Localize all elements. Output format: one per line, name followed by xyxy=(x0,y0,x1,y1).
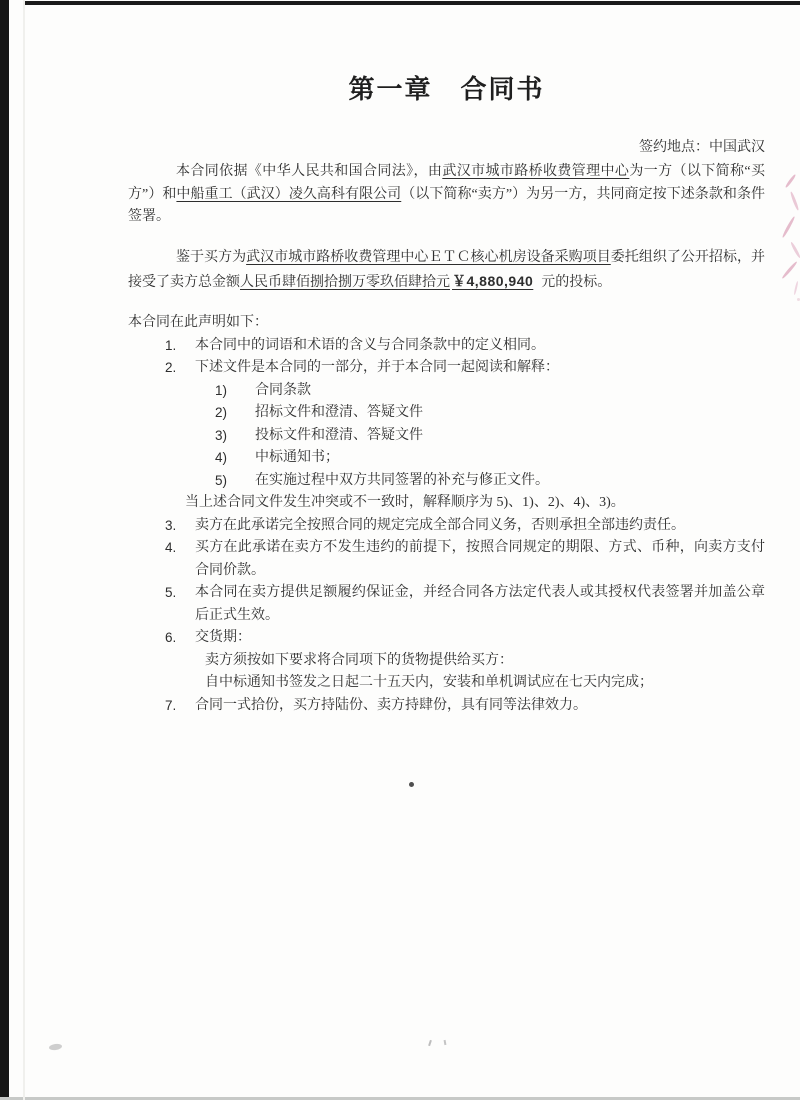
item-number: 2. xyxy=(165,357,176,380)
subitem-number: 5) xyxy=(215,470,227,493)
amount-in-words: 人民币肆佰捌拾捌万零玖佰肆拾元 xyxy=(240,275,450,290)
subitem-text: 合同条款 xyxy=(255,383,311,398)
item-number: 7. xyxy=(165,695,176,718)
ink-speck xyxy=(444,1040,447,1045)
ink-dot xyxy=(409,782,414,787)
delivery-requirement-line: 卖方须按如下要求将合同项下的货物提供给买方： xyxy=(128,650,765,673)
contract-item-6: 6.交货期： xyxy=(128,627,765,650)
item-text: 买方在此承诺在卖方不发生违约的前提下，按照合同规定的期限、方式、币种，向卖方支付… xyxy=(195,540,765,578)
tender-text: 元的投标。 xyxy=(541,275,611,290)
stamp-stroke xyxy=(789,191,799,211)
stamp-stroke xyxy=(790,241,800,258)
subitem-2: 2)招标文件和澄清、答疑文件 xyxy=(128,402,765,425)
subitem-1: 1)合同条款 xyxy=(128,380,765,403)
seller-name-underlined: 中船重工（武汉）凌久高科有限公司 xyxy=(176,187,401,202)
item-text: 下述文件是本合同的一部分，并于本合同一起阅读和解释： xyxy=(195,360,559,375)
intro-text: 本合同依据《中华人民共和国合同法》，由 xyxy=(176,164,442,179)
contract-item-1: 1.本合同中的词语和术语的含义与合同条款中的定义相同。 xyxy=(128,335,765,358)
item-number: 3. xyxy=(165,515,176,538)
stamp-stroke xyxy=(782,216,796,239)
scan-edge-left-bar xyxy=(0,0,9,1100)
stamp-stroke xyxy=(781,261,797,280)
item-number: 1. xyxy=(165,335,176,358)
intro-paragraph: 本合同依据《中华人民共和国合同法》，由武汉市城市路桥收费管理中心为一方（以下简称… xyxy=(128,161,765,229)
contract-item-2: 2.下述文件是本合同的一部分，并于本合同一起阅读和解释： xyxy=(128,357,765,380)
subitem-text: 中标通知书； xyxy=(255,450,339,465)
delivery-deadline-line: 自中标通知书签发之日起二十五天内，安装和单机调试应在七天内完成； xyxy=(128,672,765,695)
subitem-4: 4)中标通知书； xyxy=(128,447,765,470)
item-text: 本合同在卖方提供足额履约保证金，并经合同各方法定代表人或其授权代表签署并加盖公章… xyxy=(195,585,765,623)
contract-item-5: 5.本合同在卖方提供足额履约保证金，并经合同各方法定代表人或其授权代表签署并加盖… xyxy=(128,582,765,627)
contract-item-3: 3.卖方在此承诺完全按照合同的规定完成全部合同义务，否则承担全部违约责任。 xyxy=(128,515,765,538)
declaration-section: 本合同在此声明如下： 1.本合同中的词语和术语的含义与合同条款中的定义相同。 2… xyxy=(128,312,765,717)
amount-in-figures: ￥4,880,940 xyxy=(452,273,537,289)
buyer-name-underlined: 武汉市城市路桥收费管理中心 xyxy=(442,164,629,179)
item-text: 交货期： xyxy=(195,630,251,645)
item-text: 卖方在此承诺完全按照合同的规定完成全部合同义务，否则承担全部违约责任。 xyxy=(195,518,685,533)
contract-item-7: 7.合同一式拾份，买方持陆份、卖方持肆份，具有同等法律效力。 xyxy=(128,695,765,718)
ink-speck xyxy=(428,1040,432,1046)
subitem-number: 3) xyxy=(215,425,227,448)
subitem-number: 2) xyxy=(215,402,227,425)
declaration-heading: 本合同在此声明如下： xyxy=(128,312,765,335)
scan-edge-top-line xyxy=(25,1,800,5)
conflict-resolution-note: 当上述合同文件发生冲突或不一致时，解释顺序为 5)、1)、2)、4)、3)。 xyxy=(128,492,765,515)
stamp-stroke xyxy=(785,174,797,189)
item-number: 6. xyxy=(165,627,176,650)
contract-item-4: 4.买方在此承诺在卖方不发生违约的前提下，按照合同规定的期限、方式、币种，向卖方… xyxy=(128,537,765,582)
red-stamp-edge-marks xyxy=(780,165,800,310)
subitem-number: 4) xyxy=(215,447,227,470)
amount-phrase-underlined: 人民币肆佰捌拾捌万零玖佰肆拾元￥4,880,940 xyxy=(240,275,537,290)
item-text: 本合同中的词语和术语的含义与合同条款中的定义相同。 xyxy=(195,338,545,353)
item-text: 合同一式拾份，买方持陆份、卖方持肆份，具有同等法律效力。 xyxy=(195,698,587,713)
subitem-text: 招标文件和澄清、答疑文件 xyxy=(255,405,423,420)
chapter-title: 第一章 合同书 xyxy=(128,68,765,110)
subitem-text: 在实施过程中双方共同签署的补充与修正文件。 xyxy=(255,473,549,488)
tender-text: 鉴于买方为 xyxy=(176,250,246,265)
ink-smudge xyxy=(49,1043,63,1051)
item-number: 5. xyxy=(165,582,176,605)
subitem-3: 3)投标文件和澄清、答疑文件 xyxy=(128,425,765,448)
subitem-5: 5)在实施过程中双方共同签署的补充与修正文件。 xyxy=(128,470,765,493)
scanned-contract-page: 第一章 合同书 签约地点：中国武汉 本合同依据《中华人民共和国合同法》，由武汉市… xyxy=(0,0,800,1100)
project-name-underlined: 武汉市城市路桥收费管理中心ＥＴＣ核心机房设备采购项目 xyxy=(246,250,611,265)
subitem-number: 1) xyxy=(215,380,227,403)
tender-paragraph: 鉴于买方为武汉市城市路桥收费管理中心ＥＴＣ核心机房设备采购项目委托组织了公开招标… xyxy=(128,247,765,294)
subitem-text: 投标文件和澄清、答疑文件 xyxy=(255,428,423,443)
stamp-stroke xyxy=(794,281,799,295)
paper-crease-line xyxy=(23,0,25,1100)
item-number: 4. xyxy=(165,537,176,560)
signing-location: 签约地点：中国武汉 xyxy=(128,137,765,160)
